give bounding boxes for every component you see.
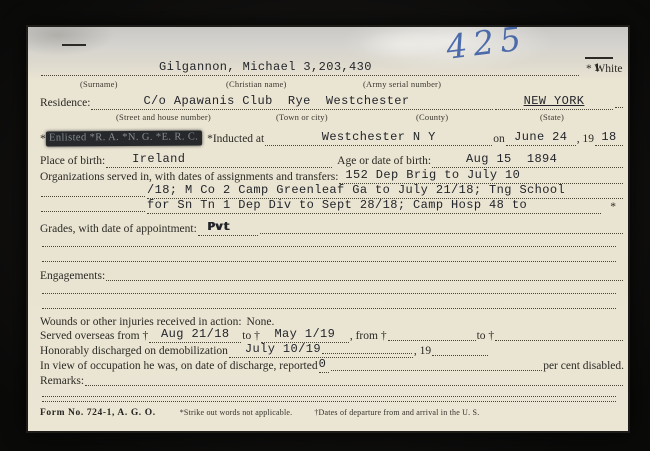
birth-date-value: Aug 15 1894 bbox=[466, 153, 557, 166]
discharge-row: Honorably discharged on demobilization J… bbox=[40, 342, 624, 358]
residence-label: Residence: bbox=[40, 96, 90, 110]
paper-smudge bbox=[358, 29, 448, 59]
dotted-line bbox=[106, 276, 623, 281]
footer-row: Form No. 724-1, A. G. O. *Strike out wor… bbox=[40, 406, 624, 420]
engagements-row: Engagements: bbox=[40, 267, 624, 283]
discharge-year-label: , 19 bbox=[414, 344, 431, 358]
footnote-dates: †Dates of departure from and arrival in … bbox=[314, 406, 479, 420]
organizations-row: Organizations served in, with dates of a… bbox=[40, 168, 624, 184]
disabled-percent-value: 0 bbox=[319, 358, 327, 371]
birth-row: Place of birth: Ireland Age or date of b… bbox=[40, 152, 624, 168]
grades-row: Grades, with date of appointment: Pvt bbox=[40, 220, 624, 236]
overseas-from2-label: , from † bbox=[350, 329, 387, 343]
blank-dotted-line bbox=[42, 261, 616, 262]
enlisted-asterisk: * bbox=[40, 132, 46, 146]
percent-disabled-label: per cent disabled. bbox=[543, 359, 624, 373]
race-white-option: * White bbox=[586, 62, 623, 76]
organizations-line3: for Sn Tn 1 Dep Div to Sept 28/18; Camp … bbox=[147, 199, 527, 212]
top-right-dash-mark bbox=[585, 57, 613, 59]
overseas-to-label: to † bbox=[242, 329, 260, 343]
disabled-row: In view of occupation he was, on date of… bbox=[40, 357, 624, 373]
remarks-row: Remarks: bbox=[40, 372, 624, 388]
soldier-name-and-serial: Gilgannon, Michael 3,203,430 bbox=[159, 61, 372, 74]
name-row: Gilgannon, Michael 3,203,430 * White * C… bbox=[40, 60, 624, 76]
organizations-row-2: /18; M Co 2 Camp Greenleaf Ga to July 21… bbox=[40, 183, 624, 199]
inducted-at-label: *Inducted at bbox=[207, 132, 264, 146]
blank-dotted-line bbox=[42, 308, 616, 309]
induction-place-value: Westchester N Y bbox=[322, 131, 436, 144]
dotted-line bbox=[85, 381, 623, 386]
blank-dotted-line bbox=[42, 293, 616, 294]
continuation-asterisk: * bbox=[610, 200, 616, 214]
overseas-from-label: Served overseas from † bbox=[40, 329, 148, 343]
blank-dotted-line bbox=[42, 246, 616, 247]
overseas-row: Served overseas from † Aug 21/18 to † Ma… bbox=[40, 327, 624, 343]
overseas-to2-label: to † bbox=[477, 329, 495, 343]
place-of-birth-value: Ireland bbox=[132, 153, 185, 166]
induction-year-value: 18 bbox=[601, 131, 616, 144]
age-label: Age or date of birth: bbox=[337, 154, 431, 168]
residence-value: C/o Apawanis Club Rye Westchester bbox=[143, 95, 409, 108]
form-number: Form No. 724-1, A. G. O. bbox=[40, 406, 156, 420]
state-caption: (State) bbox=[540, 112, 564, 122]
footnote-strike-out: *Strike out words not applicable. bbox=[180, 406, 293, 420]
scanned-card-photo: { "meta": { "page_number": "1", "file_nu… bbox=[0, 0, 650, 451]
induction-date-value: June 24 bbox=[514, 131, 567, 144]
induction-row: * Enlisted *R. A. *N. G. *E. R. C. *Indu… bbox=[40, 130, 624, 146]
street-caption: (Street and house number) bbox=[116, 112, 211, 122]
dotted-line bbox=[331, 366, 543, 371]
serial-number-caption: (Army serial number) bbox=[363, 79, 441, 89]
dotted-line bbox=[260, 229, 623, 234]
organizations-label: Organizations served in, with dates of a… bbox=[40, 170, 338, 184]
discharge-label: Honorably discharged on demobilization bbox=[40, 344, 228, 358]
residence-state-value: NEW YORK bbox=[524, 95, 585, 108]
double-dotted-divider bbox=[42, 396, 616, 402]
grade-value: Pvt bbox=[208, 221, 231, 234]
organizations-row-3: for Sn Tn 1 Dep Div to Sept 28/18; Camp … bbox=[40, 198, 624, 214]
service-record-card: 425 1 Gilgannon, Michael 3,203,430 * Whi… bbox=[28, 27, 628, 431]
on-label: on bbox=[493, 132, 505, 146]
engagements-label: Engagements: bbox=[40, 269, 105, 283]
town-caption: (Town or city) bbox=[276, 112, 328, 122]
organizations-line2: /18; M Co 2 Camp Greenleaf Ga to July 21… bbox=[147, 184, 565, 197]
christian-name-caption: (Christian name) bbox=[226, 79, 287, 89]
year-19-label: , 19 bbox=[577, 132, 594, 146]
overseas-departure-date: Aug 21/18 bbox=[161, 328, 229, 341]
dotted-line bbox=[388, 336, 476, 341]
enlistment-options-blacked-out: Enlisted *R. A. *N. G. *E. R. C. bbox=[46, 130, 202, 146]
dotted-line bbox=[495, 336, 623, 341]
surname-caption: (Surname) bbox=[80, 79, 118, 89]
discharge-date-value: July 10/19 bbox=[245, 343, 321, 356]
residence-row: Residence: C/o Apawanis Club Rye Westche… bbox=[40, 94, 624, 110]
county-caption: (County) bbox=[416, 112, 448, 122]
dotted-line bbox=[432, 351, 488, 356]
overseas-return-date: May 1/19 bbox=[274, 328, 335, 341]
place-of-birth-label: Place of birth: bbox=[40, 154, 105, 168]
organizations-line1: 152 Dep Brig to July 10 bbox=[345, 169, 520, 182]
grades-label: Grades, with date of appointment: bbox=[40, 222, 197, 236]
disabled-label: In view of occupation he was, on date of… bbox=[40, 359, 318, 373]
top-left-dash-mark bbox=[62, 44, 86, 46]
remarks-label: Remarks: bbox=[40, 374, 84, 388]
